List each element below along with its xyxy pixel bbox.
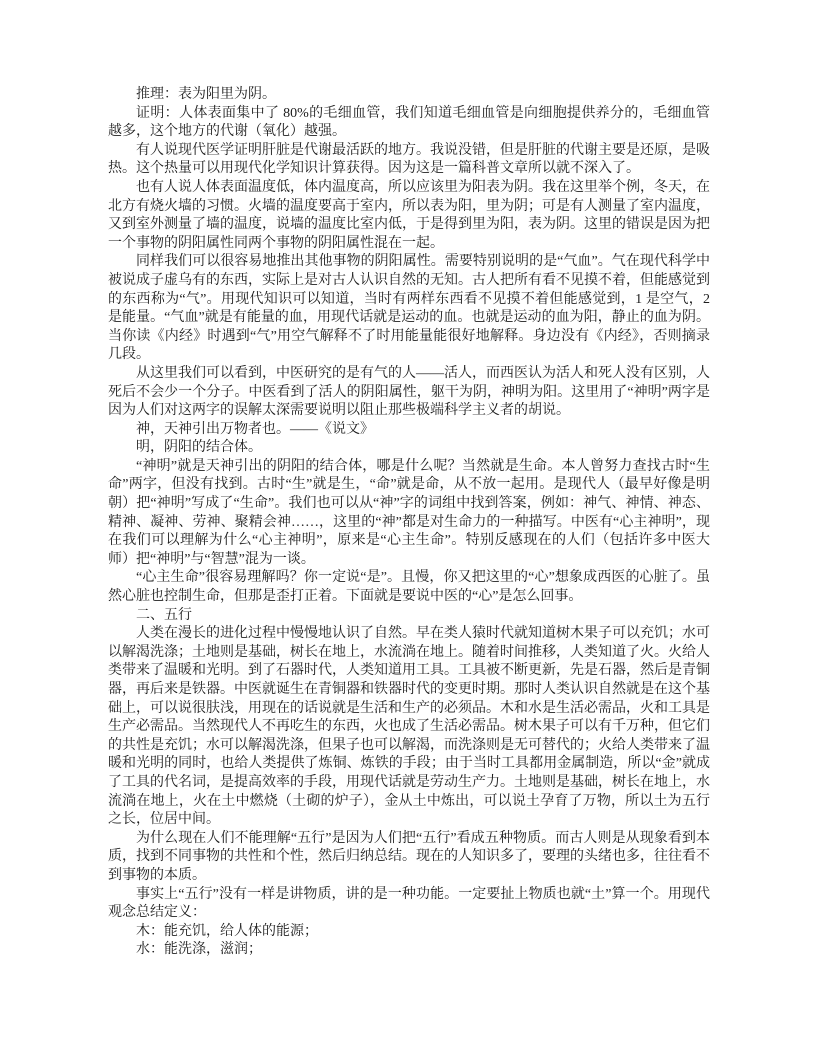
paragraph-shenming-life: “神明”就是天神引出的阴阳的结合体，哪是什么呢？当然就是生命。本人曾努力查找古时… xyxy=(108,458,710,570)
paragraph-proof: 证明：人体表面集中了 80%的毛细血管，我们知道毛细血管是向细胞提供养分的，毛细… xyxy=(108,105,710,142)
paragraph-liver-metabolism: 有人说现代医学证明肝脏是代谢最活跃的地方。我说没错，但是肝脏的代谢主要是还原，是… xyxy=(108,142,710,179)
paragraph-why-misunderstood: 为什么现在人们不能理解“五行”是因为人们把“五行”看成五种物质。而古人则是从现象… xyxy=(108,830,710,886)
section-heading-five-elements: 二、五行 xyxy=(108,607,710,626)
paragraph-ming-definition: 明，阴阳的结合体。 xyxy=(108,439,710,458)
definition-water: 水：能洗涤，滋润； xyxy=(108,941,710,960)
paragraph-fire-wall-example: 也有人说人体表面温度低，体内温度高，所以应该里为阳表为阴。我在这里举个例，冬天，… xyxy=(108,179,710,253)
document-page: 推理：表为阳里为阴。 证明：人体表面集中了 80%的毛细血管，我们知道毛细血管是… xyxy=(0,0,816,1056)
paragraph-evolution-five-elements: 人类在漫长的进化过程中慢慢地认识了自然。早在类人猿时代就知道树木果子可以充饥；水… xyxy=(108,625,710,830)
paragraph-reasoning: 推理：表为阳里为阴。 xyxy=(108,86,710,105)
paragraph-qi-blood: 同样我们可以很容易地推出其他事物的阴阳属性。需要特别说明的是“气血”。气在现代科… xyxy=(108,253,710,365)
paragraph-shen-quote: 神，天神引出万物者也。——《说文》 xyxy=(108,421,710,440)
paragraph-heart-governs-life: “心主生命”很容易理解吗？你一定说“是”。且慢，你又把这里的“心”想象成西医的心… xyxy=(108,569,710,606)
paragraph-living-person: 从这里我们可以看到，中医研究的是有气的人——活人，而西医认为活人和死人没有区别，… xyxy=(108,365,710,421)
definition-wood: 木：能充饥，给人体的能源； xyxy=(108,923,710,942)
paragraph-function-not-matter: 事实上“五行”没有一样是讲物质，讲的是一种功能。一定要扯上物质也就“土”算一个。… xyxy=(108,886,710,923)
